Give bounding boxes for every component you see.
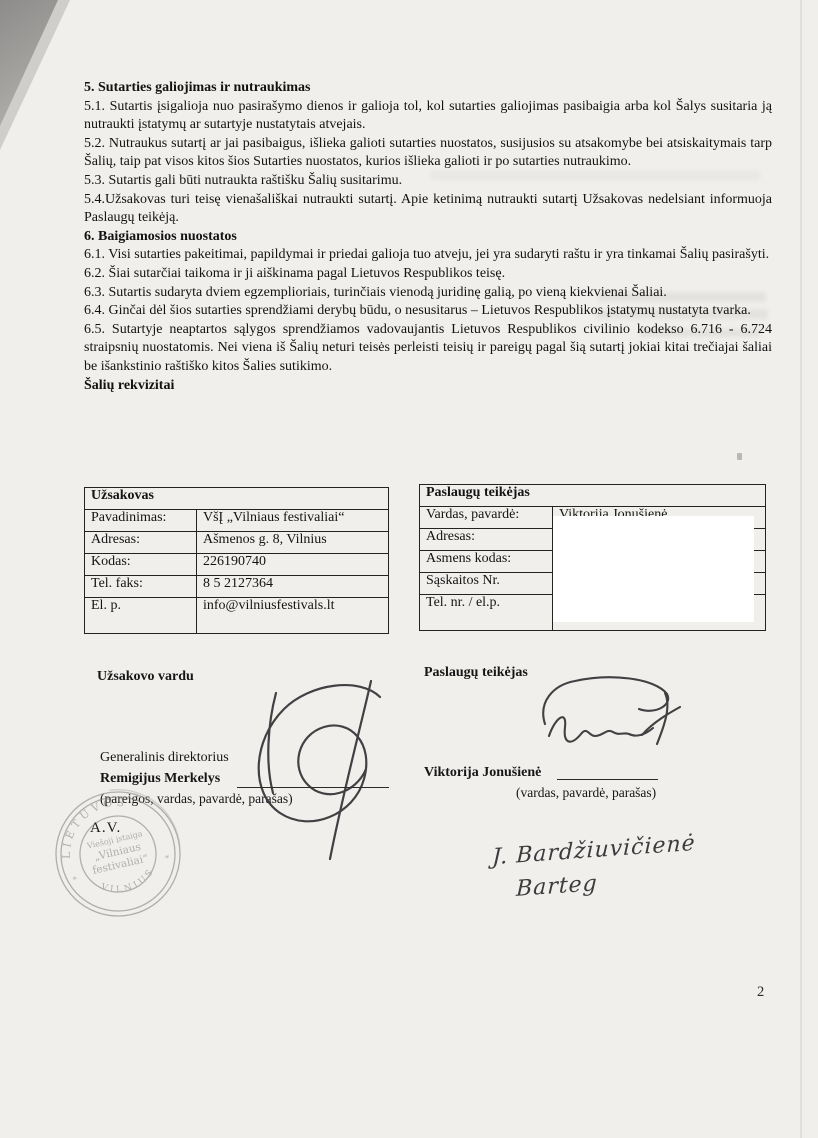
client-requisites-table: Užsakovas Pavadinimas: VšĮ „Vilniaus fes…	[84, 487, 389, 634]
svg-text:*: *	[164, 852, 171, 863]
row-label: Adresas:	[85, 532, 197, 554]
row-label: Adresas:	[420, 529, 553, 551]
handwritten-note-line1: J. Bardžiuvičienė	[492, 831, 696, 870]
page-number: 2	[757, 984, 764, 1001]
row-label: Asmens kodas:	[420, 551, 553, 573]
clause-5-2: 5.2. Nutraukus sutartį ar jai pasibaigus…	[84, 135, 772, 172]
provider-name: Viktorija Jonušienė	[424, 765, 541, 781]
scan-edge-line	[800, 0, 802, 1138]
table-row: Kodas: 226190740	[85, 554, 389, 576]
handwritten-note-line2: Barteg	[516, 871, 598, 902]
redaction-box	[553, 516, 754, 622]
table-row: Adresas: Ašmenos g. 8, Vilnius	[85, 532, 389, 554]
scan-corner-fold	[0, 0, 58, 126]
clause-5-1: 5.1. Sutartis įsigalioja nuo pasirašymo …	[84, 98, 772, 135]
clause-5-4: 5.4.Užsakovas turi teisę vienašališkai n…	[84, 191, 772, 228]
row-label: Tel. nr. / el.p.	[420, 595, 553, 631]
clause-6-5: 6.5. Sutartyje neaptartos sąlygos sprend…	[84, 321, 772, 377]
row-label: Sąskaitos Nr.	[420, 573, 553, 595]
row-value: 226190740	[197, 554, 389, 576]
row-label: Vardas, pavardė:	[420, 507, 553, 529]
clause-5-3: 5.3. Sutartis gali būti nutraukta raštiš…	[84, 172, 772, 191]
row-label: Pavadinimas:	[85, 510, 197, 532]
provider-table-header: Paslaugų teikėjas	[420, 485, 766, 507]
section-5-heading: 5. Sutarties galiojimas ir nutraukimas	[84, 79, 772, 98]
requisites-heading: Šalių rekvizitai	[84, 377, 772, 396]
svg-text:*: *	[72, 874, 79, 885]
row-value: 8 5 2127364	[197, 576, 389, 598]
row-value: Ašmenos g. 8, Vilnius	[197, 532, 389, 554]
clause-6-1: 6.1. Visi sutarties pakeitimai, papildym…	[84, 246, 772, 265]
provider-signature-heading: Paslaugų teikėjas	[424, 665, 528, 681]
row-value: VšĮ „Vilniaus festivaliai“	[197, 510, 389, 532]
client-table-header: Užsakovas	[85, 488, 389, 510]
contract-body: 5. Sutarties galiojimas ir nutraukimas 5…	[84, 79, 772, 395]
table-row: El. p. info@vilniusfestivals.lt	[85, 598, 389, 634]
seal-mark-av: A.V.	[90, 820, 121, 837]
row-value: info@vilniusfestivals.lt	[197, 598, 389, 634]
scan-speck	[737, 453, 742, 460]
table-row: Pavadinimas: VšĮ „Vilniaus festivaliai“	[85, 510, 389, 532]
provider-signature-scribble	[515, 672, 685, 767]
client-signature-heading: Užsakovo vardu	[97, 669, 194, 685]
clause-6-4: 6.4. Ginčai dėl šios sutarties sprendžia…	[84, 302, 772, 321]
client-signature-scribble	[232, 675, 407, 863]
scanned-contract-page: 5. Sutarties galiojimas ir nutraukimas 5…	[0, 0, 818, 1138]
client-position: Generalinis direktorius	[100, 750, 229, 766]
row-label: Kodas:	[85, 554, 197, 576]
provider-signature-caption: (vardas, pavardė, parašas)	[516, 785, 656, 801]
row-label: El. p.	[85, 598, 197, 634]
section-6-heading: 6. Baigiamosios nuostatos	[84, 228, 772, 247]
row-label: Tel. faks:	[85, 576, 197, 598]
table-row: Tel. faks: 8 5 2127364	[85, 576, 389, 598]
clause-6-2: 6.2. Šiai sutarčiai taikoma ir ji aiškin…	[84, 265, 772, 284]
clause-6-3: 6.3. Sutartis sudaryta dviem egzempliori…	[84, 284, 772, 303]
